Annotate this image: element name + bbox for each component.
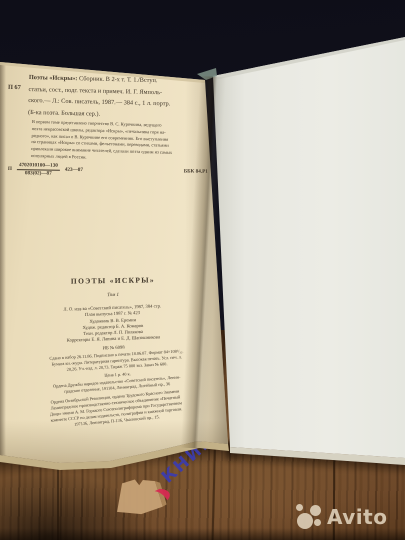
entry-title-bold: Поэты «Искры»: [29,74,78,82]
catalog-denominator: 083(02)—87 [17,170,60,177]
catalog-fraction: 4702010100—130 083(02)—87 [17,162,60,177]
bookstore-watermark-book-icon [109,474,178,519]
listing-photo: КНИГИ Avito П 67 Поэты «Искры»: Сборник.… [0,0,405,540]
catalog-prefix: П [8,166,12,172]
catalog-suffix: 423—87 [65,167,83,173]
avito-logo-text: Avito [327,505,387,529]
catalog-margin-code: П 67 [8,84,21,91]
bbk-code: ББК 84.Р1 [184,168,208,174]
annotation-paragraph: В первом томе представлено творчество В.… [31,119,208,165]
avito-watermark-logo: Avito [294,498,405,534]
bibliographic-entry: Поэты «Искры»: Сборник. В 2-х т. Т. 1./В… [28,72,207,123]
avito-circles-icon [294,501,324,531]
title-block: ПОЭТЫ «ИСКРЫ» Том 1 [18,275,208,300]
colophon-block: Л. О. изд-ва «Советский писатель», 1987,… [17,302,209,355]
book-title: ПОЭТЫ «ИСКРЫ» [18,275,208,287]
catalog-index-line: П 4702010100—130 083(02)—87 423—87 ББК 8… [8,162,208,179]
